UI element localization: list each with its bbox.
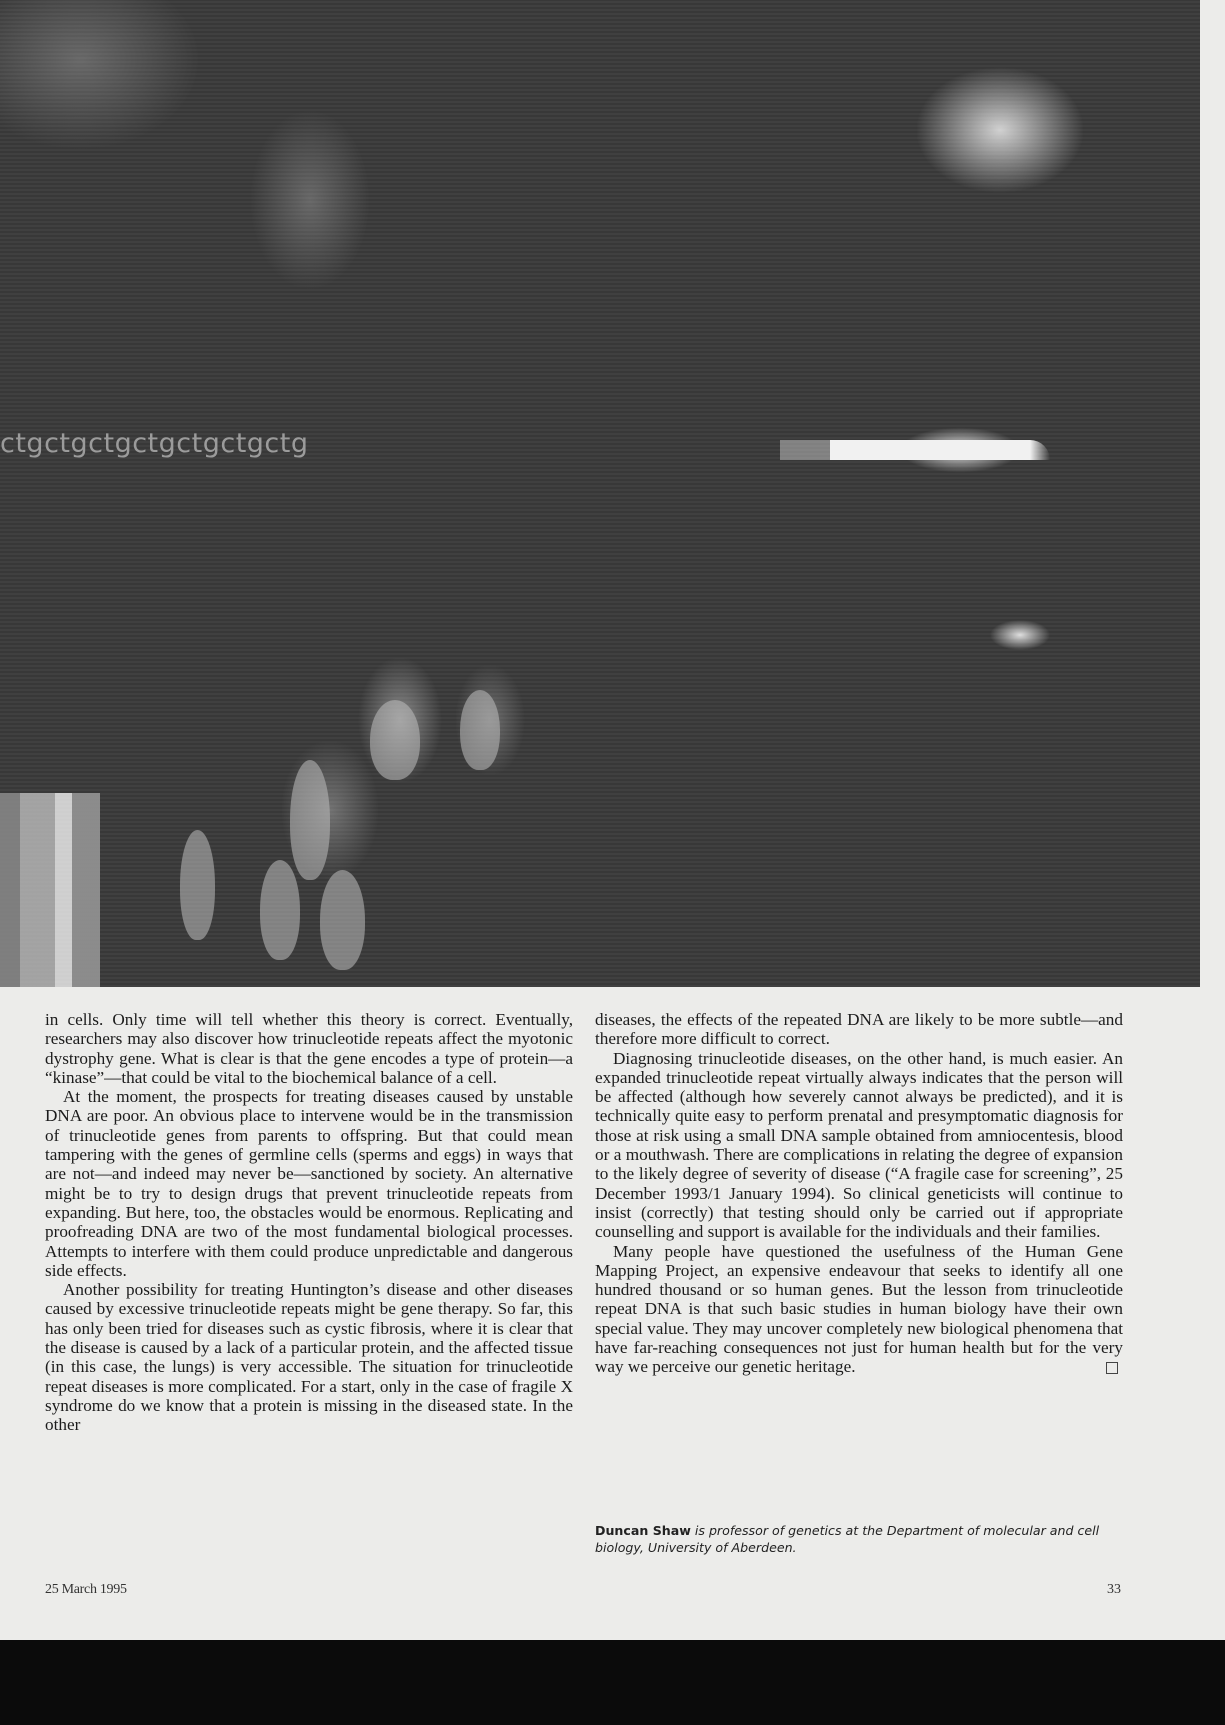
paragraph: in cells. Only time will tell whether th…	[45, 1010, 573, 1087]
article-illustration: ctgctgctgctgctgctgctg	[0, 0, 1200, 987]
tooth-shape	[370, 700, 420, 780]
scan-border	[0, 1640, 1225, 1725]
paragraph-final: Many people have questioned the usefulne…	[595, 1242, 1123, 1377]
paragraph: diseases, the effects of the repeated DN…	[595, 1010, 1123, 1049]
footer-date: 25 March 1995	[45, 1582, 127, 1598]
paragraph-text: Many people have questioned the usefulne…	[595, 1242, 1123, 1377]
paragraph: At the moment, the prospects for treatin…	[45, 1087, 573, 1280]
end-of-article-square-icon	[1106, 1362, 1118, 1374]
tooth-shape	[460, 690, 500, 770]
tooth-shape	[180, 830, 215, 940]
footer-page-number: 33	[1107, 1582, 1121, 1598]
author-name: Duncan Shaw	[595, 1523, 691, 1538]
article-column-left: in cells. Only time will tell whether th…	[45, 1010, 573, 1435]
article-column-right: diseases, the effects of the repeated DN…	[595, 1010, 1123, 1377]
illustration-tag-block	[0, 793, 100, 987]
tooth-shape	[320, 870, 365, 970]
tooth-shape	[290, 760, 330, 880]
tooth-shape	[260, 860, 300, 960]
paragraph: Another possibility for treating Hunting…	[45, 1280, 573, 1434]
illustration-highlight	[780, 440, 1050, 460]
paragraph: Diagnosing trinucleotide diseases, on th…	[595, 1049, 1123, 1242]
dna-sequence-overlay: ctgctgctgctgctgctgctg	[0, 428, 309, 459]
author-bio: Duncan Shaw is professor of genetics at …	[595, 1522, 1123, 1556]
